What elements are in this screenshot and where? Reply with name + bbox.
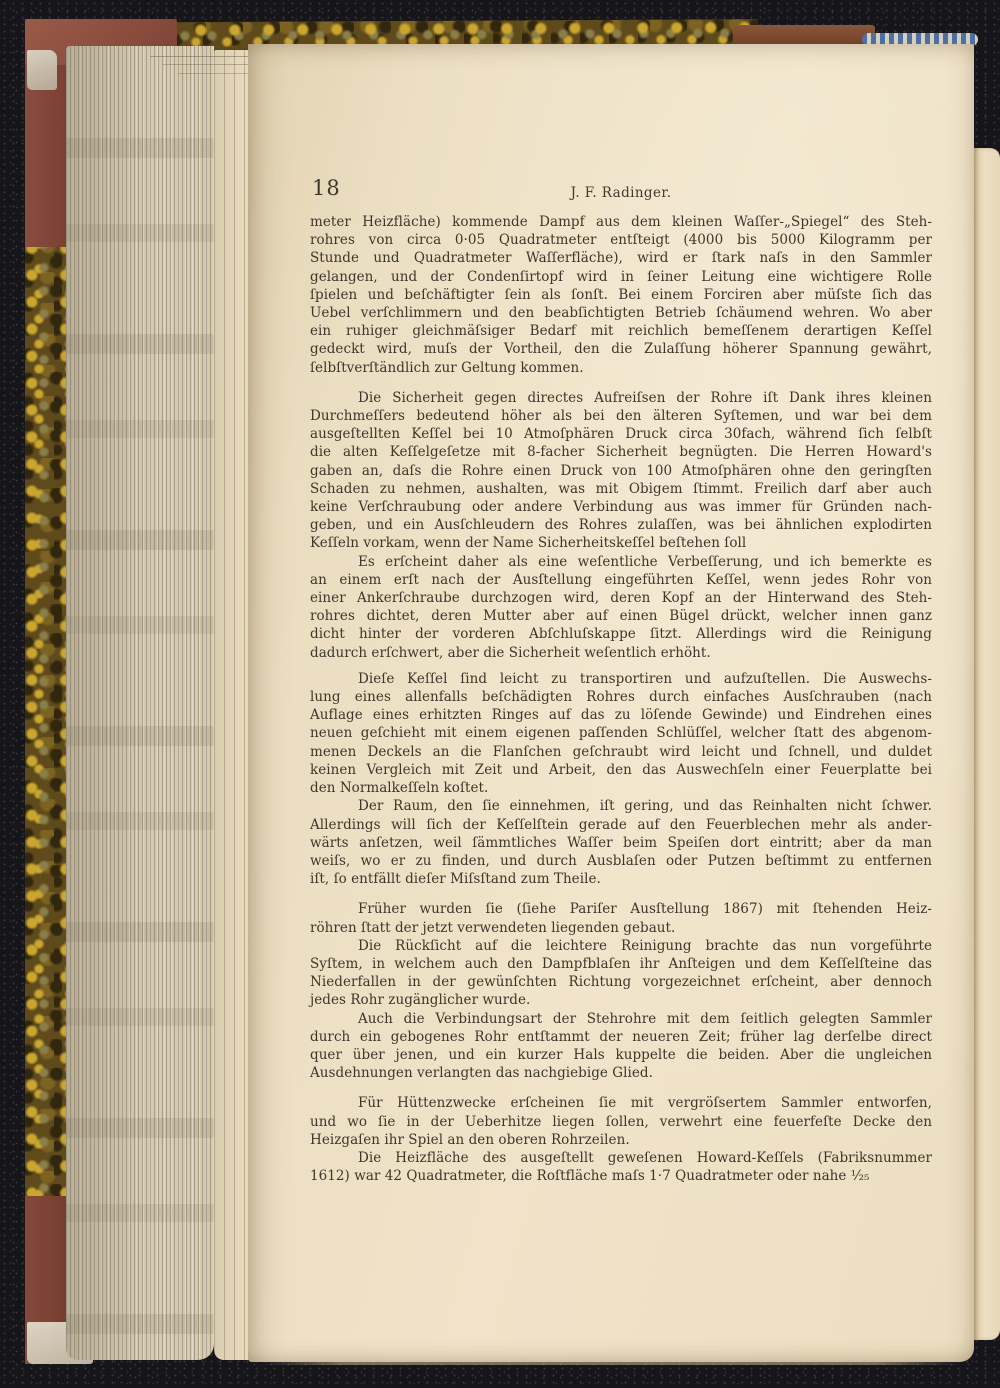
text-line: geben, und ein Ausſchleudern des Rohres … xyxy=(310,516,932,534)
text-line: Auflage eines erhitzten Ringes auf das z… xyxy=(310,706,932,724)
page-edge-line xyxy=(178,73,254,74)
text-line: und wo ſie in der Ueberhitze liegen ſoll… xyxy=(310,1113,932,1131)
paragraph: meter Heizfläche) kommende Dampf aus dem… xyxy=(310,213,932,377)
text-line: ſelbſtverſtändlich zur Geltung kommen. xyxy=(310,359,932,377)
text-line: lung eines allenfalls beſchädigten Rohre… xyxy=(310,688,932,706)
paragraph: Für Hüttenzwecke erſcheinen ſie mit verg… xyxy=(310,1094,932,1149)
text-line: Für Hüttenzwecke erſcheinen ſie mit verg… xyxy=(310,1094,932,1112)
text-line: gaben an, daſs die Rohre einen Druck von… xyxy=(310,462,932,480)
text-line: keine Verſchraubung oder andere Verbindu… xyxy=(310,498,932,516)
text-line: Allerdings will ſich der Keſſelſtein ger… xyxy=(310,816,932,834)
text-line: wärts anſetzen, weil ſämmtliches Waſſer … xyxy=(310,834,932,852)
text-line: weiſs, wo er zu finden, und durch Ausbla… xyxy=(310,852,932,870)
text-line: Ausdehnungen verlangten das nachgiebige … xyxy=(310,1064,932,1082)
text-line: gedeckt wird, muſs der Vortheil, den die… xyxy=(310,340,932,358)
text-line: gelangen, und der Condenſirtopf wird in … xyxy=(310,268,932,286)
text-line: meter Heizfläche) kommende Dampf aus dem… xyxy=(310,213,932,231)
text-line: Der Raum, den ſie einnehmen, iſt gering,… xyxy=(310,797,932,815)
text-line: Es erſcheint daher als eine weſentliche … xyxy=(310,553,932,571)
text-line: rohres dichtet, deren Mutter aber auf ei… xyxy=(310,607,932,625)
text-line: Niederfallen in der gewünſchten Richtung… xyxy=(310,973,932,991)
text-line: quer über jenen, und ein kurzer Hals kup… xyxy=(310,1046,932,1064)
text-line: ausgeſtellten Keſſel bei 10 Atmoſphären … xyxy=(310,425,932,443)
text-line: Syſtem, in welchem auch den Dampfblaſen … xyxy=(310,955,932,973)
book-photo: 18 J. F. Radinger. meter Heizfläche) kom… xyxy=(0,0,1000,1388)
text-line: die alten Keſſelgeſetze mit 8-facher Sic… xyxy=(310,443,932,461)
paragraph: Auch die Verbindungsart der Stehrohre mi… xyxy=(310,1010,932,1083)
text-line: Die Heizfläche des ausgeſtellt geweſenen… xyxy=(310,1149,932,1167)
text-line: jedes Rohr zugänglicher wurde. xyxy=(310,991,932,1009)
paragraph: Die Rückſicht auf die leichtere Reinigun… xyxy=(310,937,932,1010)
text-line: an einem erſt nach der Ausſtellung einge… xyxy=(310,571,932,589)
book-worn-patch-top xyxy=(27,50,57,90)
paragraph: Es erſcheint daher als eine weſentliche … xyxy=(310,553,932,662)
text-line: menen Deckels an die Flanſchen geſchraub… xyxy=(310,743,932,761)
text-line: neuen geſchieht mit einem eigenen paſſen… xyxy=(310,724,932,742)
text-line: Die Rückſicht auf die leichtere Reinigun… xyxy=(310,937,932,955)
text-line: Auch die Verbindungsart der Stehrohre mi… xyxy=(310,1010,932,1028)
text-line: dadurch erſchwert, aber die Sicherheit w… xyxy=(310,644,932,662)
text-line: Stunde und Quadratmeter Waſſerfläche), w… xyxy=(310,249,932,267)
paragraph: Der Raum, den ſie einnehmen, iſt gering,… xyxy=(310,797,932,888)
text-line: Die Sicherheit gegen directes Aufreiſsen… xyxy=(310,389,932,407)
text-block: meter Heizfläche) kommende Dampf aus dem… xyxy=(310,213,932,1185)
paragraph: Die Sicherheit gegen directes Aufreiſsen… xyxy=(310,389,932,553)
facing-page-sliver xyxy=(974,148,1000,1340)
paragraph: Die Heizfläche des ausgeſtellt geweſenen… xyxy=(310,1149,932,1185)
text-line: einer Ankerſchraube durchzogen wird, der… xyxy=(310,589,932,607)
text-line: Früher wurden ſie (ſiehe Pariſer Ausſtel… xyxy=(310,900,932,918)
text-line: rohres von circa 0·05 Quadratmeter entſt… xyxy=(310,231,932,249)
book-spine-leather-top xyxy=(733,25,875,46)
text-line: Uebel verſchlimmern und den beabſichtigt… xyxy=(310,304,932,322)
text-line: dicht hinter der vorderen Abſchluſskappe… xyxy=(310,625,932,643)
page-fore-edge-stack xyxy=(66,46,214,1360)
text-line: Keſſeln vorkam, wenn der Name Sicherheit… xyxy=(310,534,932,552)
text-line: Durchmeſſers bedeutend höher als bei den… xyxy=(310,407,932,425)
page-edge-line xyxy=(150,56,254,57)
text-line: Dieſe Keſſel ſind leicht zu transportire… xyxy=(310,670,932,688)
text-line: röhren ſtatt der jetzt verwendeten liege… xyxy=(310,919,932,937)
text-line: den Normalkeſſeln koſtet. xyxy=(310,779,932,797)
running-header: J. F. Radinger. xyxy=(310,185,932,201)
text-line: Heizgaſen ihr Spiel an den oberen Rohrze… xyxy=(310,1131,932,1149)
text-line: ſpielen und beſchäftigter ſein als ſonſt… xyxy=(310,286,932,304)
paragraph: Früher wurden ſie (ſiehe Pariſer Ausſtel… xyxy=(310,900,932,936)
text-line: ein ruhiger gleichmäſsiger Bedarf mit re… xyxy=(310,322,932,340)
text-line: iſt, ſo entfällt dieſer Miſsſtand zum Th… xyxy=(310,870,932,888)
page-bottom-edge xyxy=(260,1362,960,1365)
page-edge-line xyxy=(163,64,254,65)
paragraph: Dieſe Keſſel ſind leicht zu transportire… xyxy=(310,670,932,797)
text-line: keinen Vergleich mit Zeit und Arbeit, de… xyxy=(310,761,932,779)
text-line: durch ein gebogenes Rohr entſtammt der n… xyxy=(310,1028,932,1046)
text-line: 1612) war 42 Quadratmeter, die Roſtfläch… xyxy=(310,1167,932,1185)
text-line: Schaden zu nehmen, aushalten, was mit Ob… xyxy=(310,480,932,498)
